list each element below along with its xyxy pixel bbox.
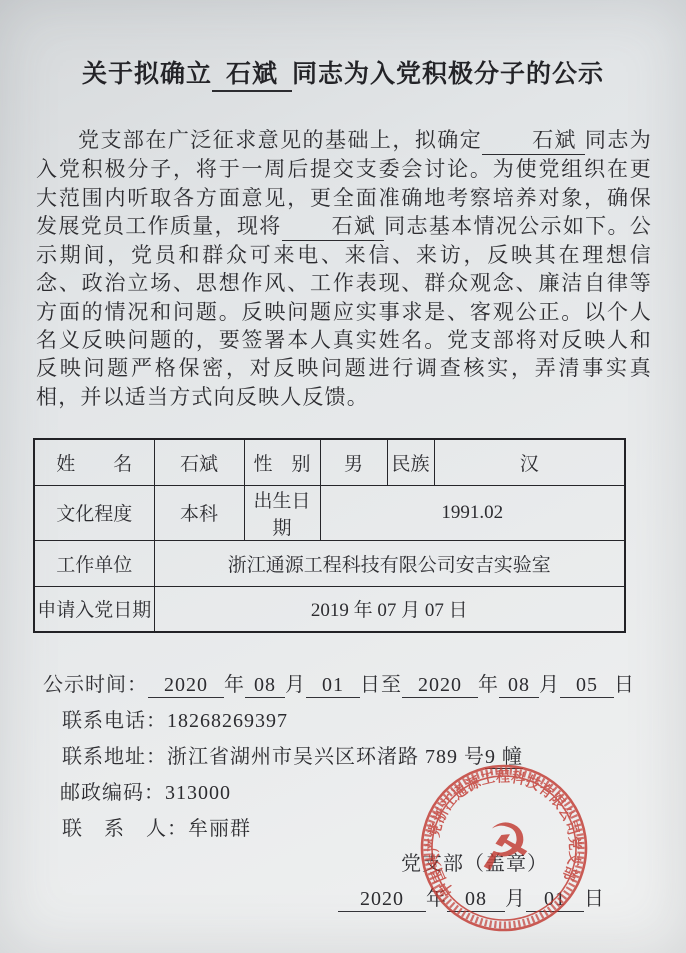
paragraph-segment: 同志基本情况公示如下。公示期间，党员和群众可来电、来信、来访，反映其在理想信念、… xyxy=(36,214,652,409)
notice-period-line: 公示时间：2020年08月01日至2020年08月05日 xyxy=(43,668,635,698)
table-row: 姓 名 石斌 性 别 男 民族 汉 xyxy=(34,439,625,485)
education-value-cell: 本科 xyxy=(154,485,244,540)
start-day-blank: 01 xyxy=(306,674,360,698)
education-label-cell: 文化程度 xyxy=(34,485,154,540)
day-unit: 日 xyxy=(584,888,605,910)
table-row: 文化程度 本科 出生日期 1991.02 xyxy=(34,485,625,540)
phone-label: 联系电话： xyxy=(62,710,167,732)
table-row: 工作单位 浙江通源工程科技有限公司安吉实验室 xyxy=(34,540,625,586)
candidate-name-underlined: 石斌 xyxy=(282,212,384,241)
end-day-blank: 05 xyxy=(560,674,614,698)
postal-value: 313000 xyxy=(165,782,231,804)
notice-period-label: 公示时间： xyxy=(43,674,148,696)
name-value-cell: 石斌 xyxy=(154,439,244,485)
end-year-blank: 2020 xyxy=(402,674,478,698)
title-suffix: 同志为入党积极分子的公示 xyxy=(292,60,604,88)
gender-value-cell: 男 xyxy=(320,439,387,485)
table-row: 申请入党日期 2019 年 07 月 07 日 xyxy=(34,586,625,632)
apply-date-value-cell: 2019 年 07 月 07 日 xyxy=(154,586,625,632)
title-candidate-name: 石斌 xyxy=(212,54,292,92)
gender-label-cell: 性 别 xyxy=(244,439,320,485)
start-month-blank: 08 xyxy=(245,674,285,698)
address-label: 联系地址： xyxy=(62,746,167,768)
title-prefix: 关于拟确立 xyxy=(82,60,212,88)
address-building-underlined: 9 幢 xyxy=(485,746,523,769)
day-to-unit: 日至 xyxy=(360,674,402,696)
sign-year-blank: 2020 xyxy=(338,888,426,912)
name-label-cell: 姓 名 xyxy=(34,439,154,485)
birthdate-value-cell: 1991.02 xyxy=(320,485,625,540)
person-label: 联 系 人： xyxy=(62,818,188,840)
contact-person-line: 联 系 人：牟丽群 xyxy=(62,812,251,841)
sign-day-blank: 01 xyxy=(526,888,584,912)
day-unit: 日 xyxy=(614,674,635,696)
year-unit: 年 xyxy=(224,674,245,696)
phone-value: 18268269397 xyxy=(167,710,288,732)
contact-phone-line: 联系电话：18268269397 xyxy=(62,704,288,733)
month-unit: 月 xyxy=(285,674,306,696)
person-value: 牟丽群 xyxy=(188,818,251,840)
document-page: 关于拟确立石斌同志为入党积极分子的公示 党支部在广泛征求意见的基础上，拟确定石斌… xyxy=(0,0,686,953)
employer-value-cell: 浙江通源工程科技有限公司安吉实验室 xyxy=(154,540,625,586)
month-unit: 月 xyxy=(505,888,526,910)
year-unit: 年 xyxy=(478,674,499,696)
contact-address-line: 联系地址：浙江省湖州市吴兴区环渚路 789 号9 幢 xyxy=(62,740,523,769)
apply-date-label-cell: 申请入党日期 xyxy=(34,586,154,632)
postal-label: 邮政编码： xyxy=(60,782,165,804)
end-month-blank: 08 xyxy=(499,674,539,698)
month-unit: 月 xyxy=(539,674,560,696)
ethnicity-label-cell: 民族 xyxy=(387,439,434,485)
start-year-blank: 2020 xyxy=(148,674,224,698)
ethnicity-value-cell: 汉 xyxy=(434,439,625,485)
postal-code-line: 邮政编码：313000 xyxy=(60,776,231,805)
paragraph-segment: 党支部在广泛征求意见的基础上，拟确定 xyxy=(78,128,482,152)
year-unit: 年 xyxy=(426,888,447,910)
birthdate-label-cell: 出生日期 xyxy=(244,485,320,540)
signature-date-line: 2020年08月01日 xyxy=(338,882,605,912)
employer-label-cell: 工作单位 xyxy=(34,540,154,586)
page-title: 关于拟确立石斌同志为入党积极分子的公示 xyxy=(0,54,686,92)
sign-month-blank: 08 xyxy=(447,888,505,912)
address-value: 浙江省湖州市吴兴区环渚路 789 号 xyxy=(167,746,485,768)
stamp-caption-line: 党支部（盖章） xyxy=(401,847,548,876)
candidate-name-underlined: 石斌 xyxy=(482,126,584,155)
candidate-info-table: 姓 名 石斌 性 别 男 民族 汉 文化程度 本科 出生日期 1991.02 工… xyxy=(33,438,626,633)
notice-body-paragraph: 党支部在广泛征求意见的基础上，拟确定石斌同志为入党积极分子，将于一周后提交支委会… xyxy=(36,126,652,411)
